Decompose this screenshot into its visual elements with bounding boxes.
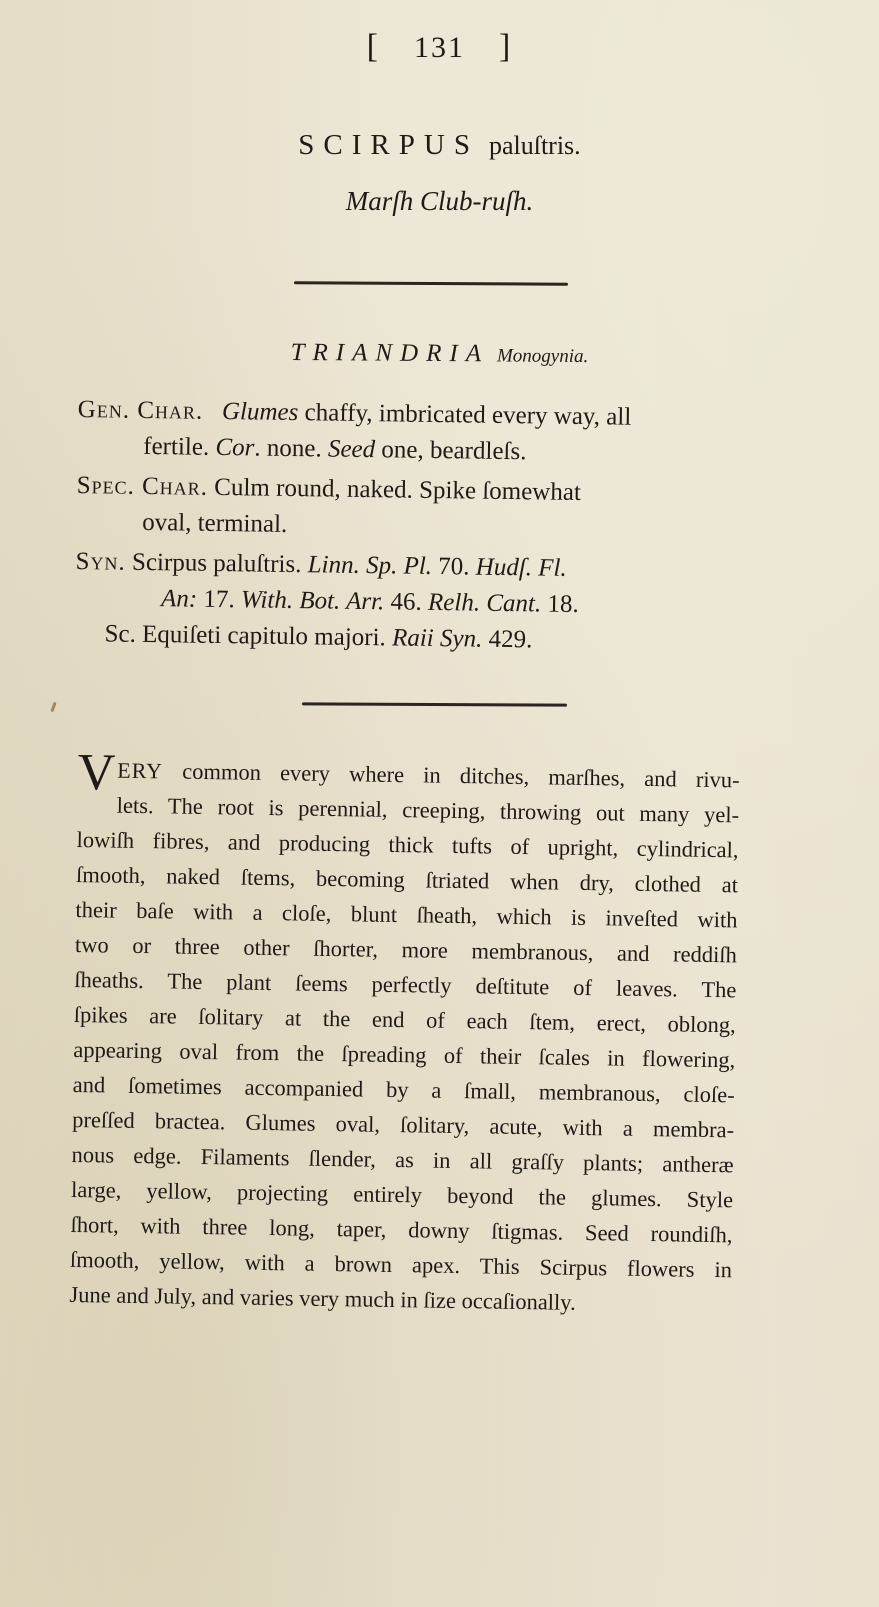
syn-text-2: 70. — [432, 553, 476, 581]
gen-char-term-cor: Cor — [215, 434, 254, 462]
divider-bottom — [302, 702, 567, 706]
species-title: SCIRPUSpaluſtris. — [0, 128, 879, 162]
specific-character: Spec. Char. Culm round, naked. Spike ſom… — [76, 468, 767, 550]
genus-name: SCIRPUS — [298, 129, 479, 161]
gen-char-text-2: fertile. — [143, 433, 216, 461]
syn-text-4: 46. — [384, 588, 428, 616]
syn-ref-an: An: — [161, 585, 197, 613]
syn-label: Syn. — [75, 548, 126, 576]
bracket-open: [ — [367, 28, 380, 66]
gen-char-text-4: one, beardleſs. — [375, 436, 527, 465]
syn-ref-relhan: Relh. Cant. — [428, 589, 542, 618]
bracket-close: ] — [499, 28, 512, 66]
gen-char-text-3: . none. — [254, 434, 328, 462]
description-paragraph: VERY common every where in ditches, marſ… — [69, 752, 740, 1322]
spec-char-text-1: Culm round, naked. Spike ſomewhat — [208, 474, 581, 506]
gen-char-term-glumes: Glumes — [222, 398, 299, 426]
page-number: [131] — [0, 28, 879, 66]
page-number-value: 131 — [414, 31, 465, 64]
syn-ref-withering: With. Bot. Arr. — [241, 586, 385, 615]
paper-blemish — [50, 702, 56, 712]
syn-ref-hudson: Hudſ. Fl. — [476, 554, 567, 582]
generic-character: Gen. Char. Glumes chaffy, imbricated eve… — [77, 392, 768, 474]
syn-ref-linnaeus: Linn. Sp. Pl. — [308, 551, 433, 580]
syn-ref-ray: Raii Syn. — [392, 624, 483, 652]
syn-text-5: 18. — [541, 590, 579, 618]
gen-char-term-seed: Seed — [328, 435, 376, 463]
species-name: paluſtris. — [489, 131, 581, 160]
linnaean-classification: TRIANDRIAMonogynia. — [0, 337, 879, 371]
syn-text-1: Scirpus paluſtris. — [126, 549, 308, 579]
order-name: Monogynia. — [497, 345, 588, 367]
class-name: TRIANDRIA — [291, 339, 490, 367]
divider-top — [294, 281, 568, 285]
gen-char-label: Gen. Char. — [78, 396, 204, 425]
drop-cap: V — [77, 758, 115, 789]
book-page: [131] SCIRPUSpaluſtris. Marſh Club-ruſh.… — [0, 0, 879, 1607]
syn-text-3: 17. — [197, 586, 241, 614]
opening-caps: ERY — [117, 758, 163, 784]
synonyms: Syn. Scirpus paluſtris. Linn. Sp. Pl. 70… — [74, 544, 765, 662]
gen-char-continuation: fertile. Cor. none. Seed one, beardleſs. — [77, 428, 767, 474]
characters-block: Gen. Char. Glumes chaffy, imbricated eve… — [74, 392, 768, 666]
syn-text-7: 429. — [482, 626, 532, 654]
description-line-text: common every where in ditches, marſhes, … — [163, 758, 740, 792]
syn-text-6: Sc. Equiſeti capitulo majori. — [104, 620, 392, 651]
spec-char-text-2: oval, terminal. — [76, 504, 766, 550]
spec-char-label: Spec. Char. — [77, 472, 209, 501]
common-name: Marſh Club-ruſh. — [0, 186, 879, 217]
gen-char-text-1: chaffy, imbricated every way, all — [298, 399, 631, 431]
